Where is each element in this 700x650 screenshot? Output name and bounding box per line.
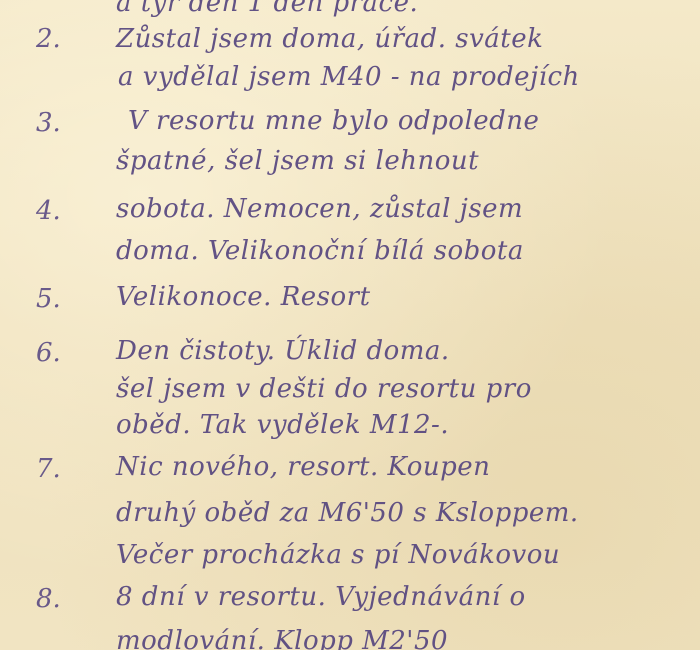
diary-page: a tyr den 1 den práce. 2. Zůstal jsem do… <box>0 0 700 650</box>
entry-number-2: 2. <box>36 24 61 54</box>
entry-1-line-1: a tyr den 1 den práce. <box>116 0 418 18</box>
entry-5-line-1: Velikonoce. Resort <box>116 282 371 312</box>
entry-number-4: 4. <box>36 196 61 226</box>
entry-7-line-1: Nic nového, resort. Koupen <box>116 452 490 482</box>
entry-7-line-3: Večer procházka s pí Novákovou <box>116 540 560 570</box>
entry-6-line-1: Den čistoty. Úklid doma. <box>116 336 450 366</box>
entry-number-3: 3. <box>36 108 61 138</box>
entry-number-8: 8. <box>36 584 61 614</box>
entry-3-line-2: špatné, šel jsem si lehnout <box>116 146 479 176</box>
entry-number-5: 5. <box>36 284 61 314</box>
entry-7-line-2: druhý oběd za M6'50 s Ksloppem. <box>116 498 579 528</box>
entry-4-line-2: doma. Velikonoční bílá sobota <box>116 236 524 266</box>
entry-2-line-2: a vydělal jsem M40 - na prodejích <box>118 62 580 92</box>
entry-8-line-1: 8 dní v resortu. Vyjednávání o <box>116 582 526 612</box>
entry-number-6: 6. <box>36 338 61 368</box>
entry-8-line-2: modlování. Klopp M2'50 <box>116 626 448 650</box>
entry-6-line-2: šel jsem v dešti do resortu pro <box>116 374 532 404</box>
entry-2-line-1: Zůstal jsem doma, úřad. svátek <box>116 24 543 54</box>
entry-6-line-3: oběd. Tak vydělek M12-. <box>116 410 449 440</box>
entry-4-line-1: sobota. Nemocen, zůstal jsem <box>116 194 523 224</box>
entry-number-7: 7. <box>36 454 61 484</box>
entry-3-line-1: V resortu mne bylo odpoledne <box>128 106 539 136</box>
